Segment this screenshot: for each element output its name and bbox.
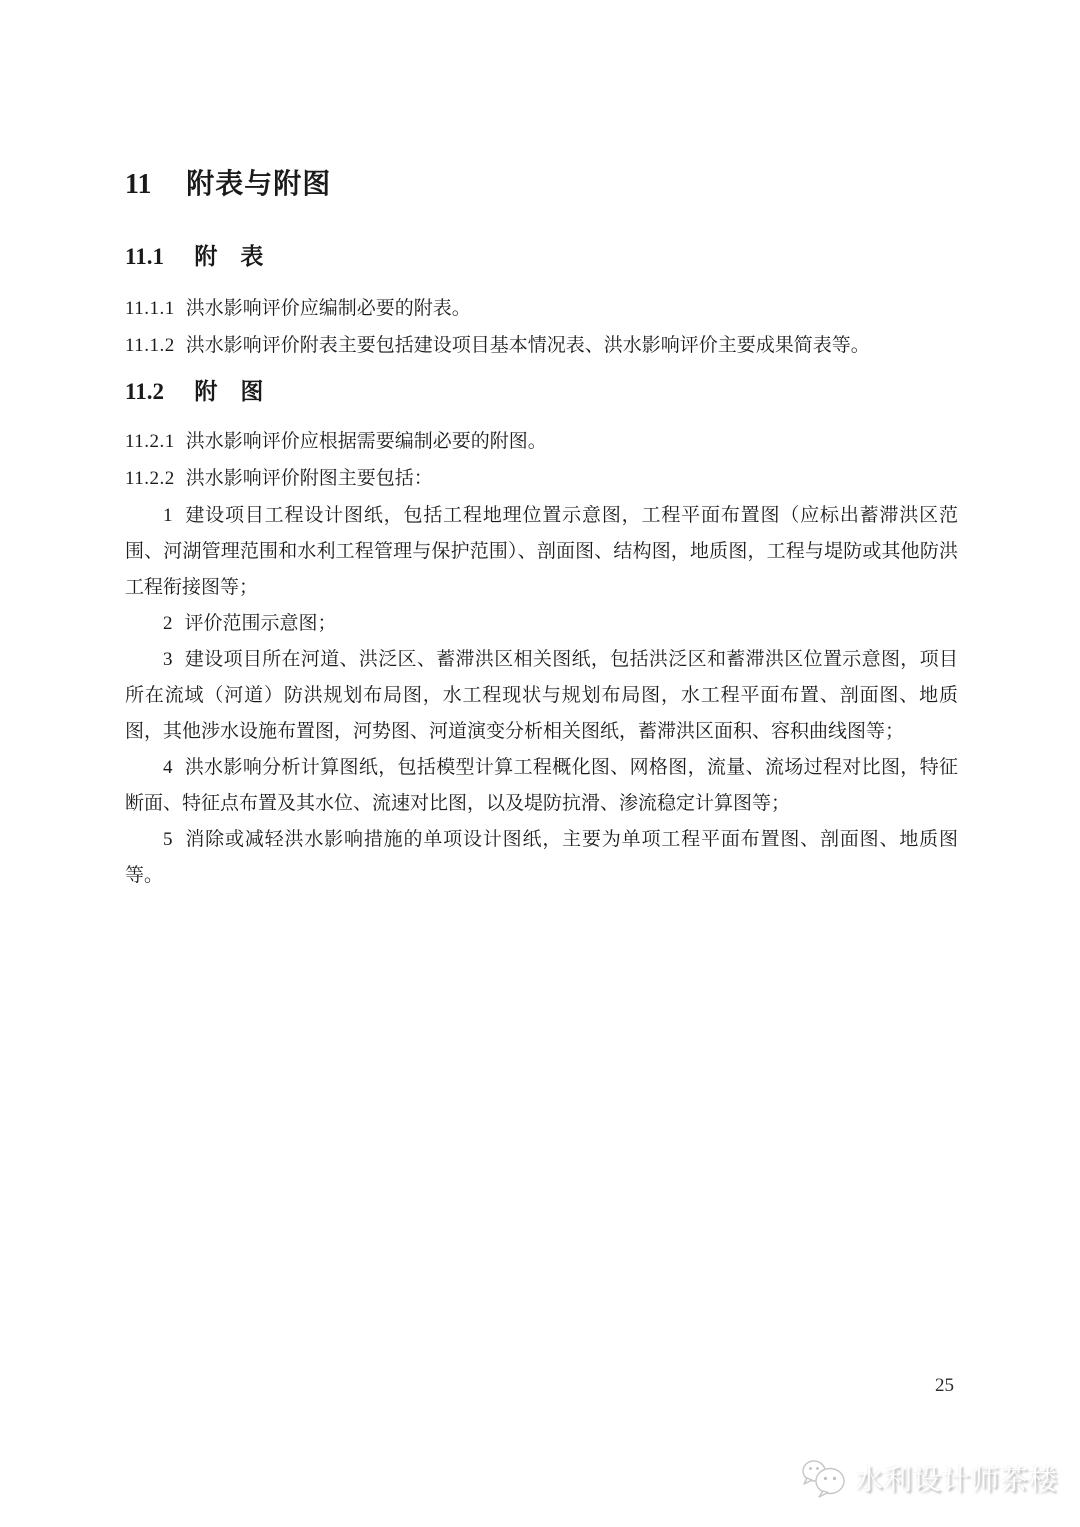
clause-text: 洪水影响评价附图主要包括： xyxy=(186,468,433,489)
clause-text: 洪水影响评价应根据需要编制必要的附图。 xyxy=(186,431,547,452)
item-number: 1 xyxy=(163,505,173,526)
watermark-text: 水利设计师茶楼 xyxy=(855,1458,1058,1498)
section-title: 附 图 xyxy=(194,378,263,404)
item-number: 5 xyxy=(163,829,173,850)
list-item: 4洪水影响分析计算图纸，包括模型计算工程概化图、网格图，流量、流场过程对比图，特… xyxy=(125,750,958,822)
item-number: 3 xyxy=(163,649,173,670)
section-number: 11.2 xyxy=(125,379,164,404)
item-number: 2 xyxy=(163,613,173,634)
clause-number: 11.1.2 xyxy=(125,335,175,356)
chapter-title: 附表与附图 xyxy=(186,168,331,199)
document-page: 11 附表与附图 11.1 附 表 11.1.1洪水影响评价应编制必要的附表。 … xyxy=(0,0,1080,1527)
clause-text: 洪水影响评价应编制必要的附表。 xyxy=(186,298,471,319)
watermark: 水利设计师茶楼 xyxy=(801,1458,1058,1498)
section-title: 附 表 xyxy=(194,243,263,269)
numbered-item-list: 1建设项目工程设计图纸，包括工程地理位置示意图，工程平面布置图（应标出蓄滞洪区范… xyxy=(125,498,958,894)
clause-text: 洪水影响评价附表主要包括建设项目基本情况表、洪水影响评价主要成果简表等。 xyxy=(186,335,870,356)
item-text: 洪水影响分析计算图纸，包括模型计算工程概化图、网格图，流量、流场过程对比图，特征… xyxy=(125,757,958,814)
list-item: 3建设项目所在河道、洪泛区、蓄滞洪区相关图纸，包括洪泛区和蓄滞洪区位置示意图，项… xyxy=(125,642,958,750)
section-heading-11-1: 11.1 附 表 xyxy=(125,241,958,272)
clause-11-2-1: 11.2.1洪水影响评价应根据需要编制必要的附图。 xyxy=(125,423,958,460)
item-number: 4 xyxy=(163,757,173,778)
wechat-logo-icon xyxy=(801,1458,847,1498)
clause-11-1-2: 11.1.2洪水影响评价附表主要包括建设项目基本情况表、洪水影响评价主要成果简表… xyxy=(125,327,958,364)
list-item: 5消除或减轻洪水影响措施的单项设计图纸，主要为单项工程平面布置图、剖面图、地质图… xyxy=(125,822,958,894)
document-content: 11 附表与附图 11.1 附 表 11.1.1洪水影响评价应编制必要的附表。 … xyxy=(125,166,958,894)
clause-number: 11.2.2 xyxy=(125,468,175,489)
clause-11-1-1: 11.1.1洪水影响评价应编制必要的附表。 xyxy=(125,290,958,327)
item-text: 消除或减轻洪水影响措施的单项设计图纸，主要为单项工程平面布置图、剖面图、地质图等… xyxy=(125,829,958,886)
clause-number: 11.1.1 xyxy=(125,298,175,319)
clause-number: 11.2.1 xyxy=(125,431,175,452)
chapter-number: 11 xyxy=(125,169,151,200)
list-item: 2评价范围示意图； xyxy=(125,606,958,642)
section-heading-11-2: 11.2 附 图 xyxy=(125,376,958,407)
section-number: 11.1 xyxy=(125,244,164,269)
page-number: 25 xyxy=(935,1374,954,1398)
chapter-heading: 11 附表与附图 xyxy=(125,166,958,203)
item-text: 建设项目所在河道、洪泛区、蓄滞洪区相关图纸，包括洪泛区和蓄滞洪区位置示意图，项目… xyxy=(125,649,958,742)
list-item: 1建设项目工程设计图纸，包括工程地理位置示意图，工程平面布置图（应标出蓄滞洪区范… xyxy=(125,498,958,606)
item-text: 评价范围示意图； xyxy=(185,613,337,634)
item-text: 建设项目工程设计图纸，包括工程地理位置示意图，工程平面布置图（应标出蓄滞洪区范围… xyxy=(125,505,958,598)
clause-11-2-2: 11.2.2洪水影响评价附图主要包括： xyxy=(125,460,958,497)
